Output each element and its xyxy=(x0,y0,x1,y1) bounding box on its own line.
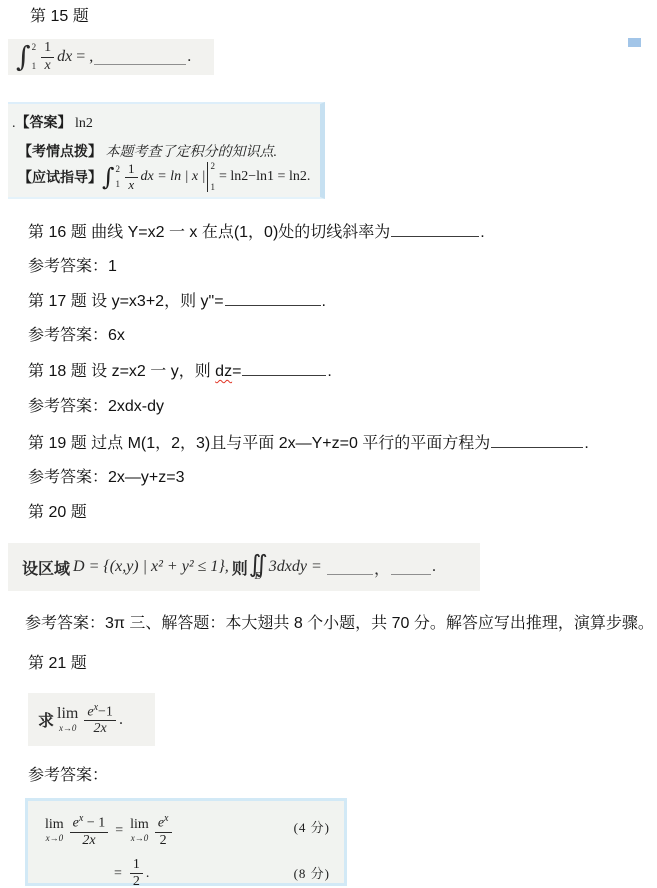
fraction-1-over-2: 1 2 xyxy=(130,857,143,888)
integral-upper-limit: 2 xyxy=(116,165,121,174)
set-region-text: 设区域 xyxy=(22,556,70,579)
answer-blank-line xyxy=(94,49,186,64)
eval-upper-limit: 2 xyxy=(210,162,215,171)
score-8-points: (8 分) xyxy=(294,863,330,882)
dx-term: dx xyxy=(57,48,72,66)
comma-mark: , xyxy=(89,48,93,66)
question-19-reference-answer: 参考答案：2x—y+z=3 xyxy=(28,468,185,488)
integral-sign: ∫ 2 1 xyxy=(16,43,36,71)
set-expression: D = {(x,y) | x² + y² ≤ 1}, xyxy=(73,558,229,576)
equals-sign: = xyxy=(115,823,123,839)
question-16-reference-answer: 参考答案：1 xyxy=(28,257,117,277)
answer-blank-line xyxy=(225,291,321,306)
integral-lower-limit: 1 xyxy=(32,62,37,71)
question-18-text: 第 18 题 设 z=x2 一 y，则 dz=. xyxy=(28,361,332,382)
limit-subscript: x→0 xyxy=(59,724,77,733)
q15-formula-scan: ∫ 2 1 1 x dx = , . xyxy=(8,39,214,75)
question-19-text: 第 19 题 过点 M(1，2，3)且与平面 2x—Y+z=0 平行的平面方程为… xyxy=(28,433,589,454)
guide-result-expression: = ln2−ln1 = ln2. xyxy=(219,169,310,185)
exam-document-page: 第 15 题 ∫ 2 1 1 x dx = , . .【答案】 ln2 【考情点… xyxy=(0,0,657,888)
fraction-1-over-x: 1 x xyxy=(41,40,54,73)
review-points-line: 【考情点拨】 本题考查了定积分的知识点. xyxy=(18,141,277,161)
answer-value: ln2 xyxy=(75,116,93,131)
exam-guide-line: 【应试指导】 ∫ 2 1 1 x dx = ln | x | 2 1 = ln2… xyxy=(18,162,310,193)
find-text: 求 xyxy=(38,708,54,731)
double-integral-domain: D xyxy=(255,572,262,582)
fraction-1-over-x: 1 x xyxy=(125,162,138,193)
blue-square-marker xyxy=(628,38,641,47)
question-20-reference-answer: 参考答案：3π 三、解答题：本大翅共 8 个小题，共 70 分。解答应写出推理，… xyxy=(25,614,654,634)
question-16-text: 第 16 题 曲线 Y=x2 一 x 在点(1，0)处的切线斜率为. xyxy=(28,222,485,243)
equals-sign: = xyxy=(76,48,85,66)
answer-blank-line xyxy=(242,361,326,376)
question-21-heading: 第 21 题 xyxy=(28,654,87,674)
fraction-exp-over-2x: ex−1 2x xyxy=(84,702,116,738)
question-20-heading: 第 20 题 xyxy=(28,503,87,523)
integral-upper-limit: 2 xyxy=(32,43,37,52)
answer-blank-line xyxy=(327,559,373,574)
answer-label: 【答案】 xyxy=(16,116,72,131)
integral-sign: ∫ 2 1 xyxy=(102,165,120,189)
question-17-reference-answer: 参考答案：6x xyxy=(28,326,125,346)
period-mark: . xyxy=(187,48,191,66)
answer-line: .【答案】 ln2 xyxy=(12,112,93,132)
limit-operator: lim x→0 xyxy=(130,818,149,843)
solution-step-2: = 1 2 . xyxy=(114,857,149,888)
double-integral-sign: ∬ D xyxy=(249,552,268,582)
answer-blank-line xyxy=(391,222,479,237)
guide-label: 【应试指导】 xyxy=(18,167,102,187)
q21-solution-box-scan: lim x→0 ex − 1 2x = lim x→0 ex 2 (4 分) =… xyxy=(25,798,347,886)
fraction-exp-over-2: ex 2 xyxy=(155,813,172,849)
period-mark: . xyxy=(146,866,150,882)
period-mark: . xyxy=(119,711,123,729)
then-text: 则 xyxy=(232,556,248,579)
question-15-heading: 第 15 题 xyxy=(30,7,89,27)
answer-blank-line xyxy=(491,433,583,448)
integral-lower-limit: 1 xyxy=(116,180,121,189)
fraction-exp-minus-1-over-2x: ex − 1 2x xyxy=(70,813,109,849)
solution-step-1: lim x→0 ex − 1 2x = lim x→0 ex 2 xyxy=(42,813,175,849)
spellcheck-flagged-dz: dz xyxy=(215,363,232,380)
equals-sign: = xyxy=(114,866,122,882)
question-21-reference-answer-label: 参考答案： xyxy=(28,766,108,786)
eval-lower-limit: 1 xyxy=(210,183,215,192)
guide-middle-expression: dx = ln | x | xyxy=(141,169,206,185)
equals-sign: = xyxy=(312,558,321,576)
limit-operator: lim x→0 xyxy=(57,706,78,733)
question-18-reference-answer: 参考答案：2xdx-dy xyxy=(28,397,164,417)
limit-operator: lim x→0 xyxy=(45,818,64,843)
review-text: 本题考查了定积分的知识点. xyxy=(106,145,278,160)
answer-blank-line xyxy=(391,559,431,574)
q15-answer-box-scan: .【答案】 ln2 【考情点拨】 本题考查了定积分的知识点. 【应试指导】 ∫ … xyxy=(8,102,325,199)
question-17-text: 第 17 题 设 y=x3+2，则 y"=. xyxy=(28,291,326,312)
evaluation-bar: 2 1 xyxy=(207,162,215,192)
period-mark: . xyxy=(432,558,436,576)
q20-formula-scan: 设区域 D = {(x,y) | x² + y² ≤ 1}, 则 ∬ D 3dx… xyxy=(8,543,480,591)
integrand-term: 3dxdy xyxy=(269,558,307,576)
review-label: 【考情点拨】 xyxy=(18,145,102,160)
q21-formula-scan: 求 lim x→0 ex−1 2x . xyxy=(28,693,155,746)
comma-mark: ， xyxy=(374,556,390,579)
score-4-points: (4 分) xyxy=(294,817,330,836)
